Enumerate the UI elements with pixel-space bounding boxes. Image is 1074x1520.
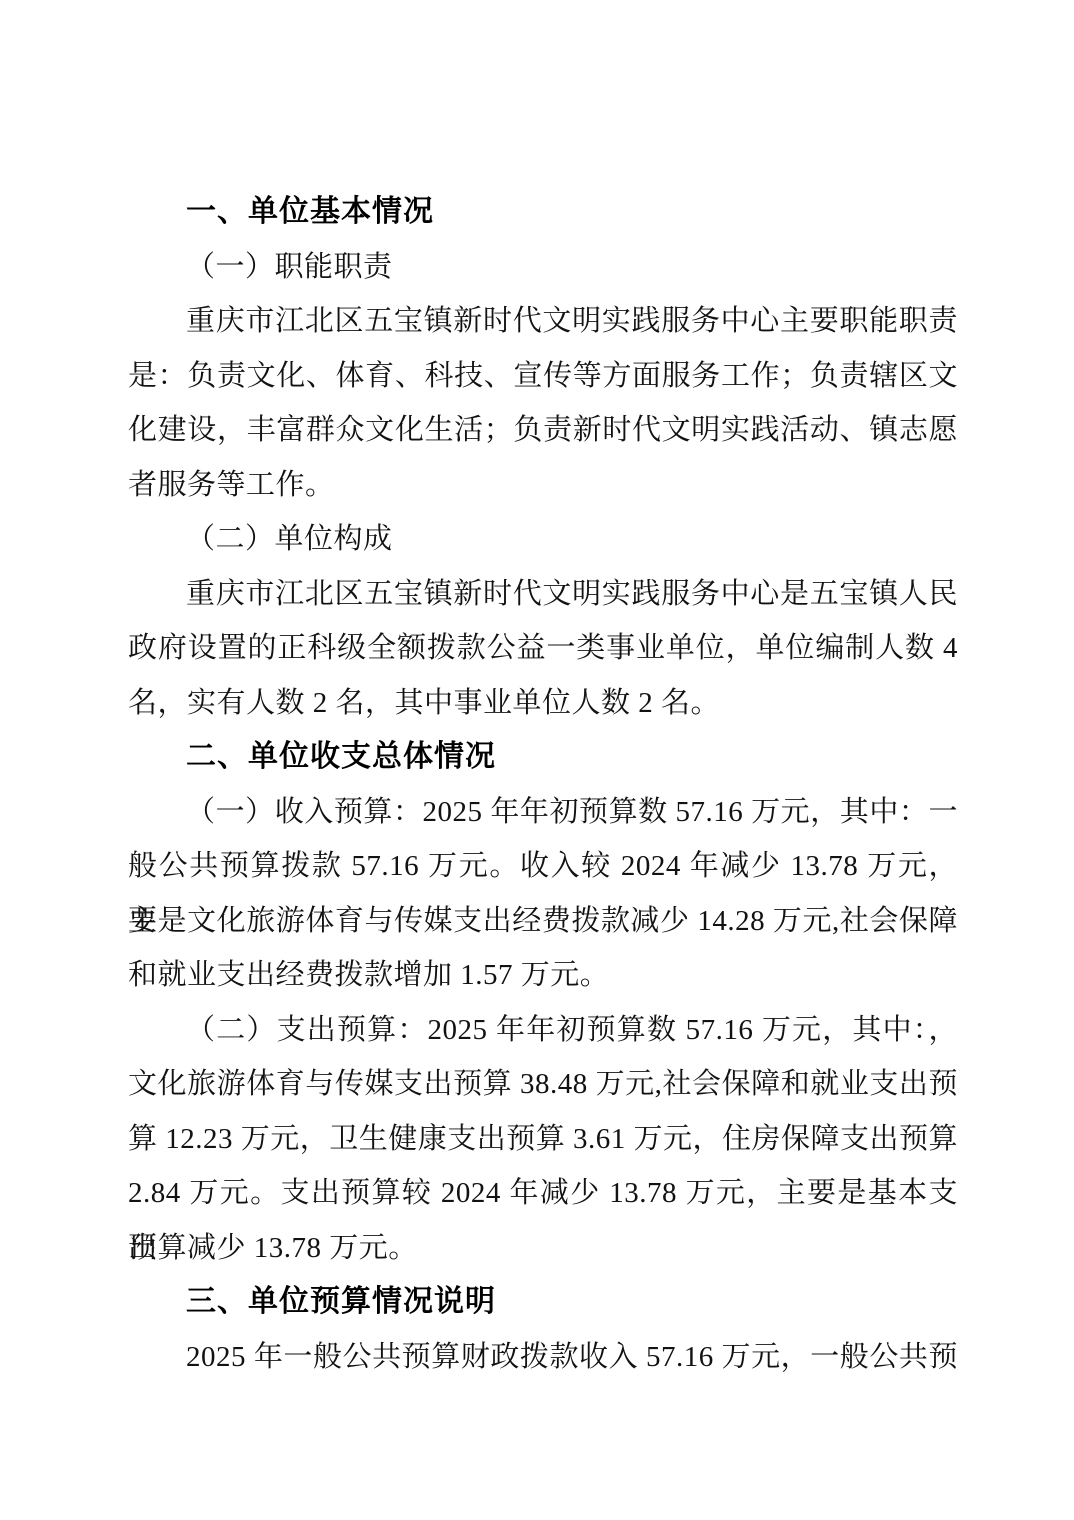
paragraph-line: 名，实有人数 2 名，其中事业单位人数 2 名。 xyxy=(128,676,958,731)
paragraph-line: 要是文化旅游体育与传媒支出经费拨款减少 14.28 万元,社会保障 xyxy=(128,894,958,949)
paragraph-line: 政府设置的正科级全额拨款公益一类事业单位，单位编制人数 4 xyxy=(128,621,958,676)
document-page: 一、单位基本情况（一）职能职责重庆市江北区五宝镇新时代文明实践服务中心主要职能职… xyxy=(0,0,1074,1520)
paragraph-line: （二）单位构成 xyxy=(128,512,958,567)
paragraph-line: 般公共预算拨款 57.16 万元。收入较 2024 年减少 13.78 万元，主 xyxy=(128,839,958,894)
paragraph-line: 和就业支出经费拨款增加 1.57 万元。 xyxy=(128,948,958,1003)
section-heading: 二、单位收支总体情况 xyxy=(128,730,958,785)
paragraph-line: 是：负责文化、体育、科技、宣传等方面服务工作；负责辖区文 xyxy=(128,349,958,404)
section-heading: 一、单位基本情况 xyxy=(128,185,958,240)
paragraph-line: 化建设，丰富群众文化生活；负责新时代文明实践活动、镇志愿 xyxy=(128,403,958,458)
paragraph-line: 算 12.23 万元，卫生健康支出预算 3.61 万元，住房保障支出预算 xyxy=(128,1112,958,1167)
paragraph-line: 文化旅游体育与传媒支出预算 38.48 万元,社会保障和就业支出预 xyxy=(128,1057,958,1112)
paragraph-line: 重庆市江北区五宝镇新时代文明实践服务中心是五宝镇人民 xyxy=(128,567,958,622)
section-heading: 三、单位预算情况说明 xyxy=(128,1275,958,1330)
paragraph-line: 2025 年一般公共预算财政拨款收入 57.16 万元，一般公共预 xyxy=(128,1330,958,1385)
paragraph-line: （一）收入预算：2025 年年初预算数 57.16 万元，其中：一 xyxy=(128,785,958,840)
paragraph-line: 者服务等工作。 xyxy=(128,458,958,513)
text-lines: 一、单位基本情况（一）职能职责重庆市江北区五宝镇新时代文明实践服务中心主要职能职… xyxy=(128,185,958,1384)
paragraph-line: 重庆市江北区五宝镇新时代文明实践服务中心主要职能职责 xyxy=(128,294,958,349)
paragraph-line: 2.84 万元。支出预算较 2024 年减少 13.78 万元，主要是基本支出 xyxy=(128,1166,958,1221)
paragraph-line: （二）支出预算：2025 年年初预算数 57.16 万元，其中：， xyxy=(128,1003,958,1058)
paragraph-line: 预算减少 13.78 万元。 xyxy=(128,1221,958,1276)
paragraph-line: （一）职能职责 xyxy=(128,240,958,295)
